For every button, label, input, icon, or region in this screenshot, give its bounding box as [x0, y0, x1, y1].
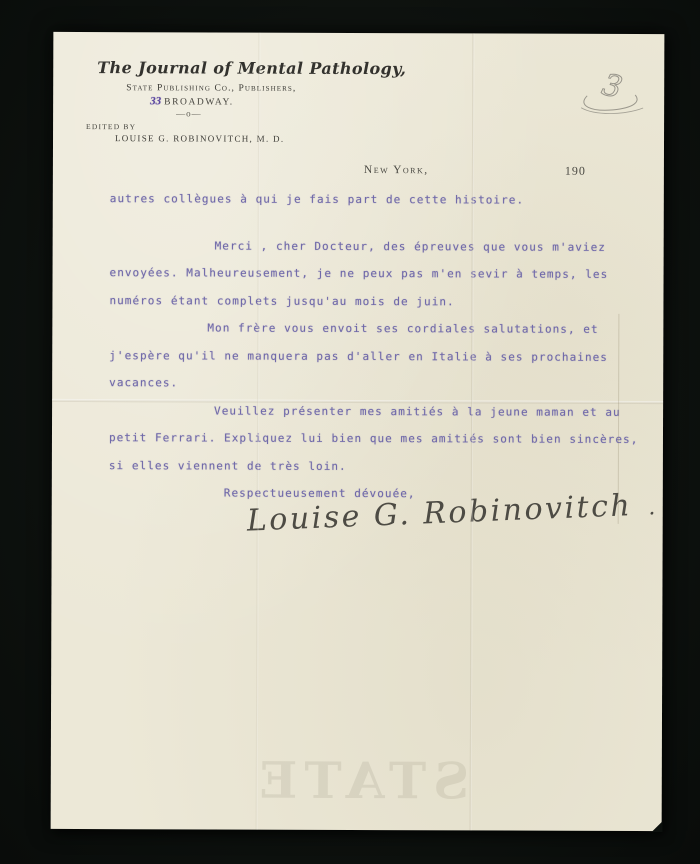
- pencil-flourish-icon: 3: [573, 62, 653, 120]
- street-number-stamp: 33: [150, 95, 161, 107]
- dateline-city: New York,: [364, 164, 429, 176]
- pencil-digit: 3: [599, 67, 626, 106]
- scanned-letter-photo: { "colors": { "background": "#0e120f", "…: [0, 0, 700, 864]
- body-line: envoyées. Malheureusement, je ne peux pa…: [109, 266, 634, 295]
- letter-page: The Journal of Mental Pathology, State P…: [51, 32, 665, 831]
- body-line: vacances.: [109, 376, 634, 405]
- showthrough-text: STATE: [231, 751, 491, 811]
- pencil-page-number: 3: [573, 62, 653, 120]
- body-line: numéros étant complets jusqu'au mois de …: [109, 294, 634, 323]
- body-line: si elles viennent de très loin.: [109, 459, 634, 488]
- body-line: j'espère qu'il ne manquera pas d'aller e…: [109, 349, 634, 378]
- dateline-year: 190: [565, 164, 586, 179]
- letterhead-divider-ornament: —o—: [176, 108, 202, 118]
- body-line: Merci , cher Docteur, des épreuves que v…: [110, 239, 635, 268]
- body-line: autres collègues à qui je fais part de c…: [110, 192, 635, 221]
- body-line: Veuillez présenter mes amitiés à la jeun…: [109, 404, 634, 433]
- street-name: BROADWAY.: [164, 97, 234, 107]
- letter-body: autres collègues à qui je fais part de c…: [109, 192, 635, 515]
- letterhead-publisher: State Publishing Co., Publishers,: [126, 83, 296, 94]
- letterhead-title: The Journal of Mental Pathology,: [97, 58, 406, 78]
- corner-dogear: [652, 821, 663, 832]
- signature-period: .: [648, 495, 658, 520]
- body-line: Mon frère vous envoit ses cordiales salu…: [109, 321, 634, 350]
- paragraph-gap: [110, 220, 635, 241]
- edited-by-label: EDITED BY: [86, 122, 136, 131]
- body-line: petit Ferrari. Expliquez lui bien que me…: [109, 431, 634, 460]
- letterhead-address: 33BROADWAY.: [150, 95, 234, 107]
- editor-name: LOUISE G. ROBINOVITCH, M. D.: [115, 133, 284, 144]
